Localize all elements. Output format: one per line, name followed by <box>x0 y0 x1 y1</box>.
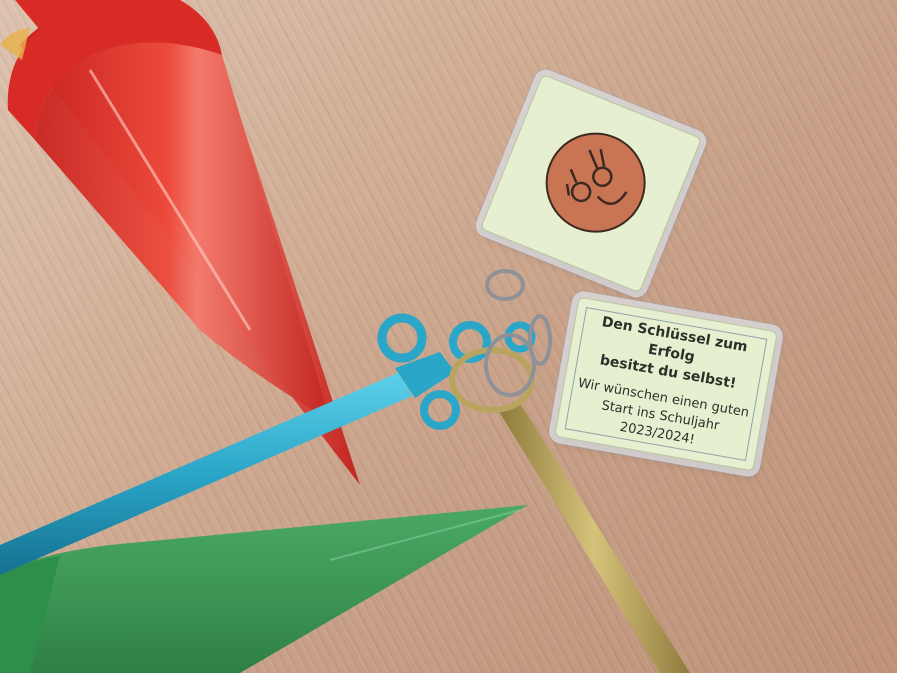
photo-scene: Den Schlüssel zum Erfolg besitzt du selb… <box>0 0 897 673</box>
key-rings <box>486 271 550 395</box>
red-school-cone <box>0 0 360 485</box>
school-logo-icon <box>531 118 661 248</box>
